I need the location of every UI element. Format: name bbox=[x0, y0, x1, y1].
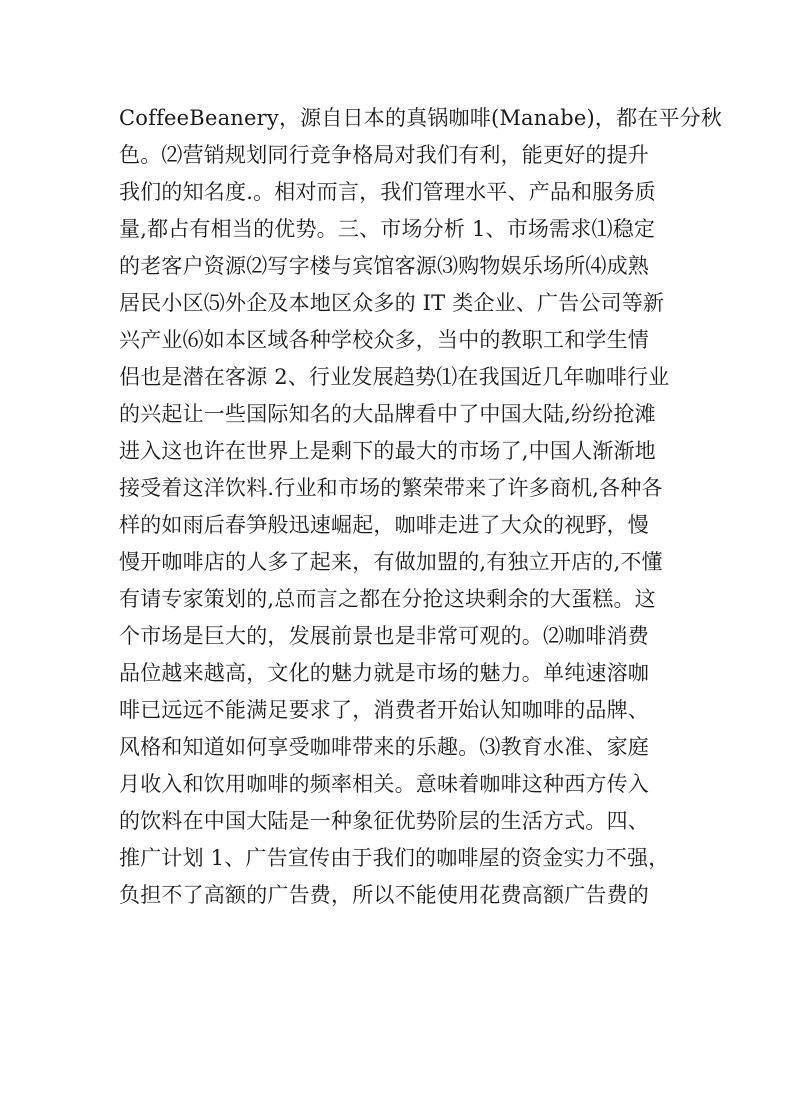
text-line: 接受着这洋饮料.行业和市场的繁荣带来了许多商机,各种各 bbox=[119, 470, 679, 507]
text-line: 的老客户资源⑵写字楼与宾馆客源⑶购物娱乐场所⑷成熟 bbox=[119, 248, 679, 285]
text-line: 慢开咖啡店的人多了起来，有做加盟的,有独立开店的,不懂 bbox=[119, 544, 679, 581]
text-line: 推广计划 1、广告宣传由于我们的咖啡屋的资金实力不强， bbox=[119, 840, 679, 877]
text-line: 量,都占有相当的优势。三、市场分析 1、市场需求⑴稳定 bbox=[119, 211, 679, 248]
text-line: 兴产业⑹如本区域各种学校众多，当中的教职工和学生情 bbox=[119, 322, 679, 359]
text-line: 有请专家策划的,总而言之都在分抢这块剩余的大蛋糕。这 bbox=[119, 581, 679, 618]
text-line: 的饮料在中国大陆是一种象征优势阶层的生活方式。四、 bbox=[119, 803, 679, 840]
text-line: 个市场是巨大的，发展前景也是非常可观的。⑵咖啡消费 bbox=[119, 618, 679, 655]
text-line: 我们的知名度.。相对而言，我们管理水平、产品和服务质 bbox=[119, 174, 679, 211]
body-paragraph: CoffeeBeanery，源自日本的真锅咖啡(Manabe)，都在平分秋 色。… bbox=[119, 100, 679, 914]
text-line: 侣也是潜在客源 2、行业发展趋势⑴在我国近几年咖啡行业 bbox=[119, 359, 679, 396]
text-line: 风格和知道如何享受咖啡带来的乐趣。⑶教育水准、家庭 bbox=[119, 729, 679, 766]
text-line: 品位越来越高，文化的魅力就是市场的魅力。单纯速溶咖 bbox=[119, 655, 679, 692]
text-line: 色。⑵营销规划同行竞争格局对我们有利，能更好的提升 bbox=[119, 137, 679, 174]
text-line: 月收入和饮用咖啡的频率相关。意味着咖啡这种西方传入 bbox=[119, 766, 679, 803]
text-line: 负担不了高额的广告费，所以不能使用花费高额广告费的 bbox=[119, 877, 679, 914]
text-line: CoffeeBeanery，源自日本的真锅咖啡(Manabe)，都在平分秋 bbox=[119, 100, 679, 137]
text-line: 居民小区⑸外企及本地区众多的 IT 类企业、广告公司等新 bbox=[119, 285, 679, 322]
text-line: 的兴起让一些国际知名的大品牌看中了中国大陆,纷纷抢滩 bbox=[119, 396, 679, 433]
document-page: CoffeeBeanery，源自日本的真锅咖啡(Manabe)，都在平分秋 色。… bbox=[0, 0, 792, 1120]
text-line: 样的如雨后春笋般迅速崛起，咖啡走进了大众的视野，慢 bbox=[119, 507, 679, 544]
text-line: 啡已远远不能满足要求了，消费者开始认知咖啡的品牌、 bbox=[119, 692, 679, 729]
text-line: 进入这也许在世界上是剩下的最大的市场了,中国人渐渐地 bbox=[119, 433, 679, 470]
